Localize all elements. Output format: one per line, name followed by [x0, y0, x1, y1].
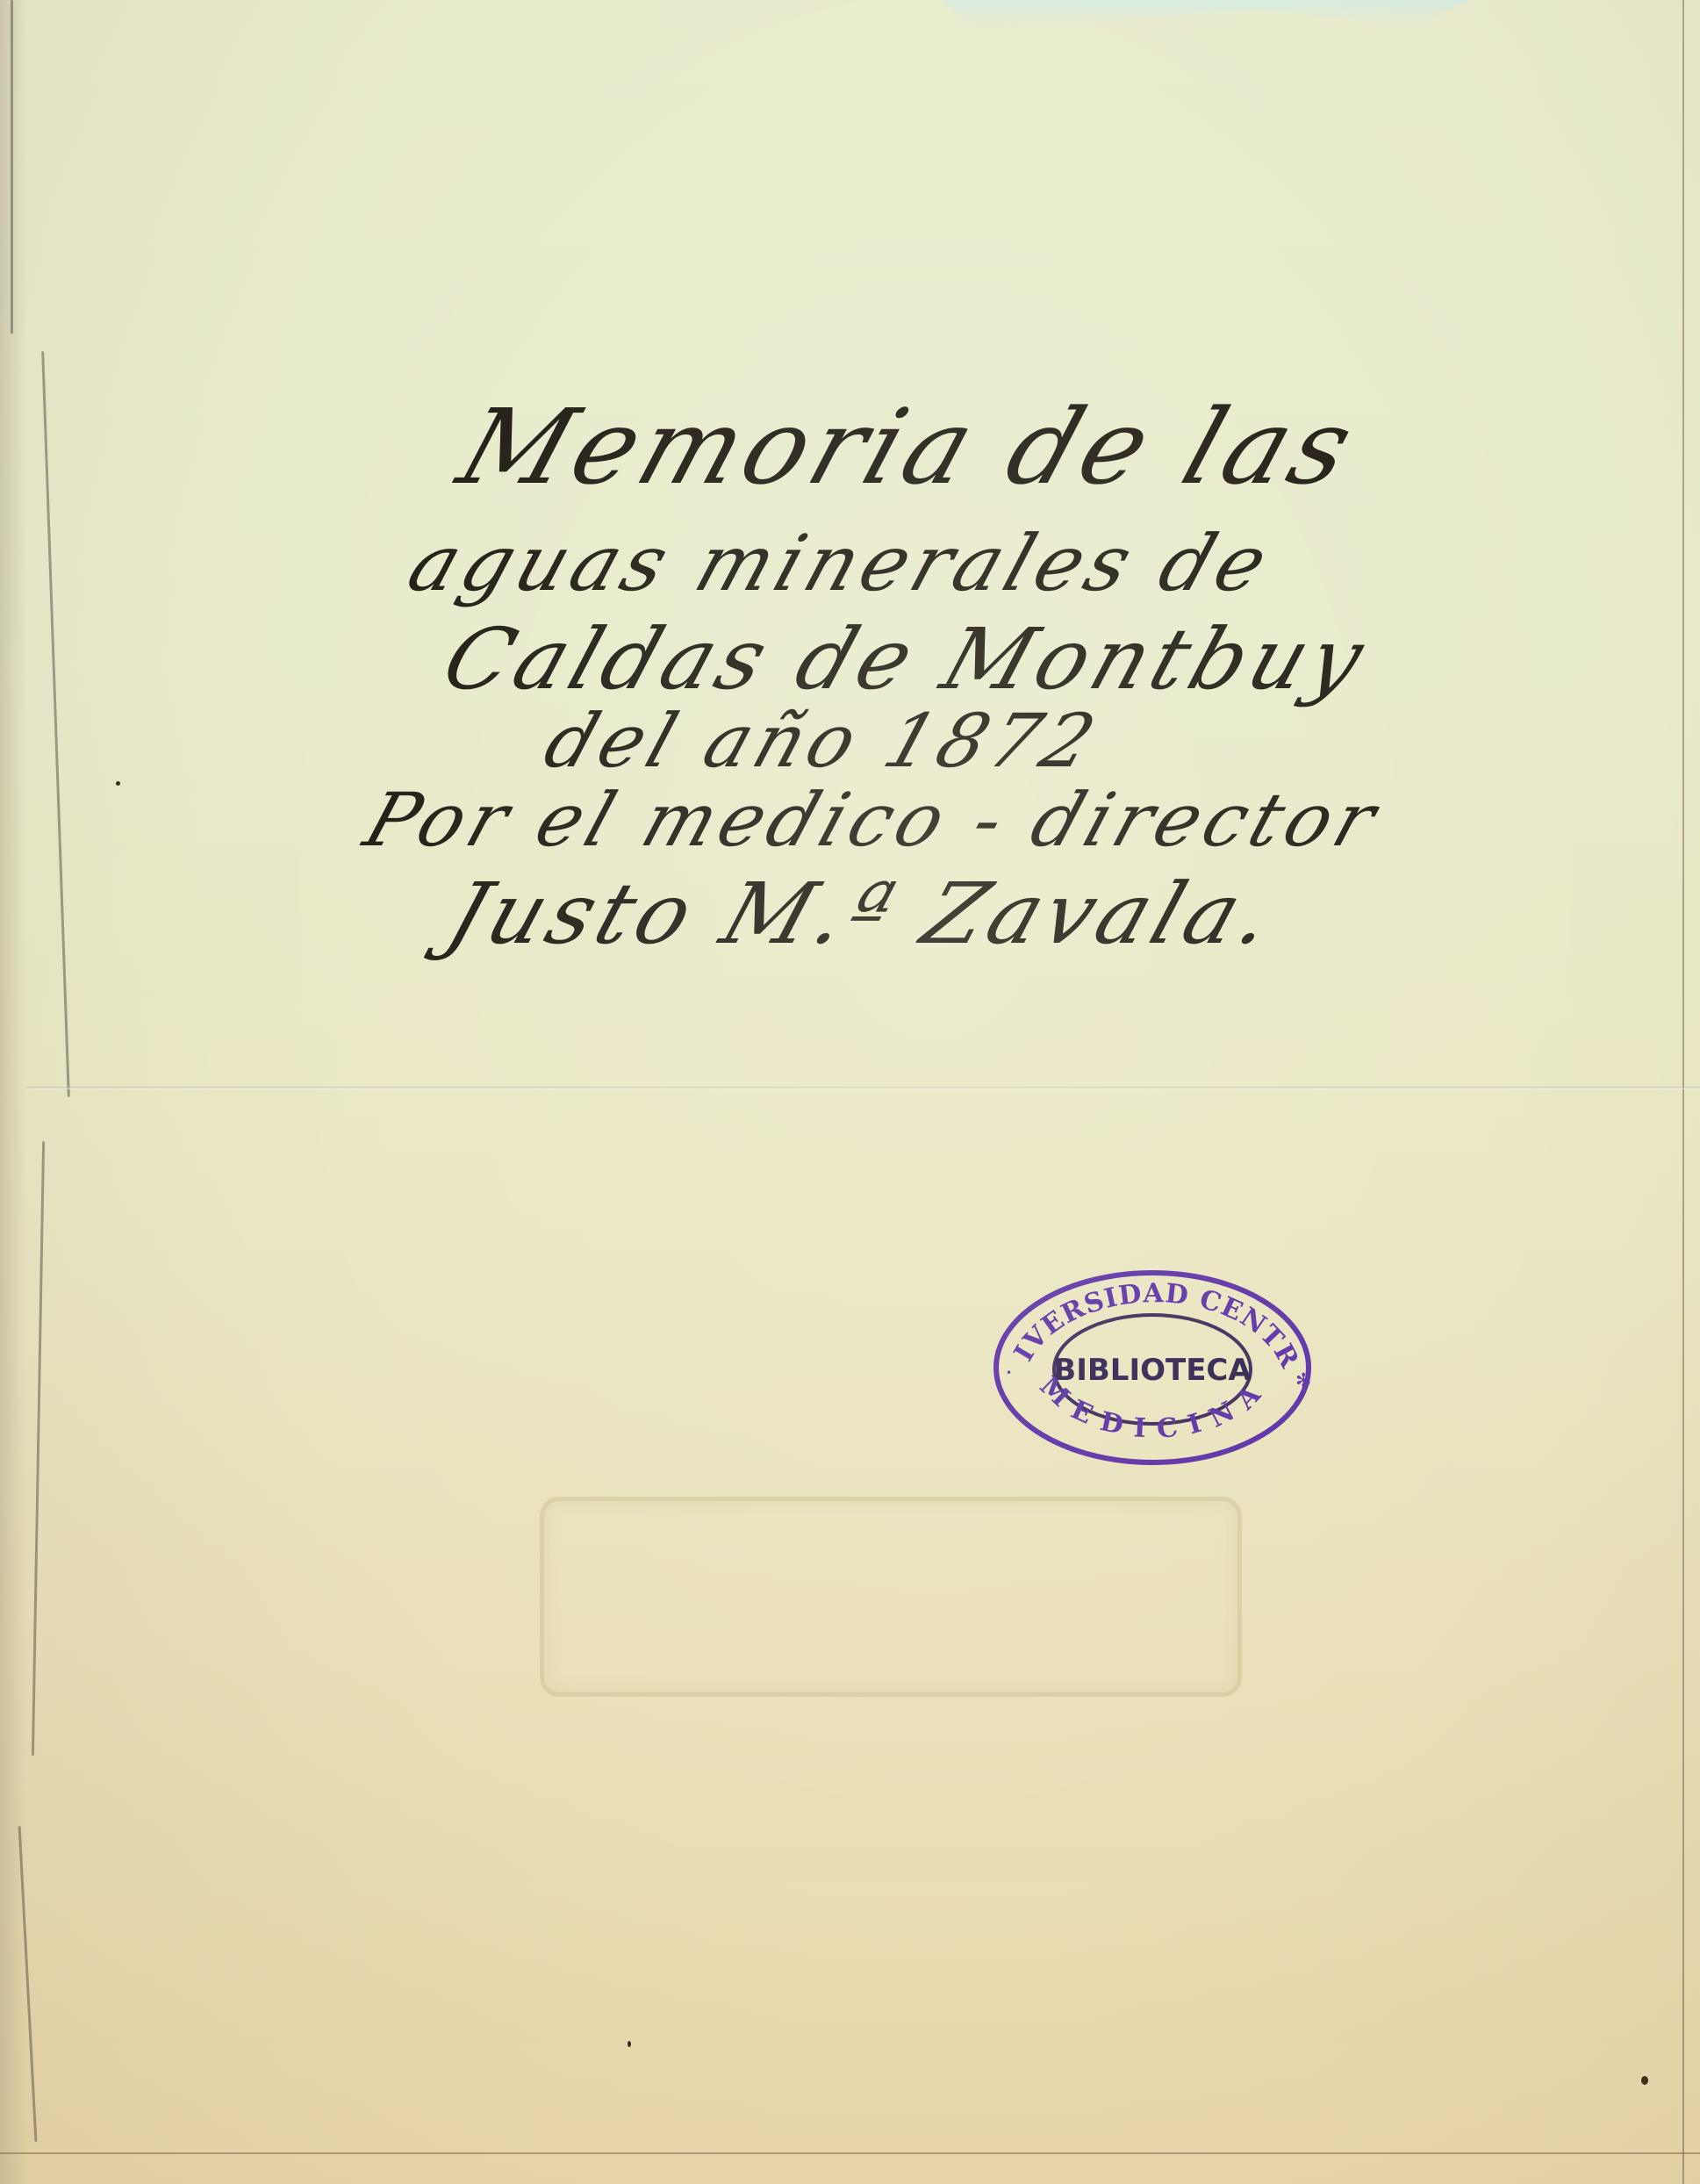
title-line-3: Caldas de Montbuy [432, 610, 1381, 708]
binding-thread [41, 351, 70, 1097]
ink-speck [1641, 2076, 1648, 2085]
torn-top-edge [943, 0, 1470, 26]
ink-speck [628, 2041, 631, 2047]
page-right-edge [1682, 0, 1684, 2184]
stamp-dot-icon: • [1006, 1367, 1012, 1379]
title-line-1: Memoria de las [446, 386, 1373, 507]
title-line-2: aguas minerales de [398, 518, 1283, 608]
library-stamp: UNIVERSIDAD CENTRAL BIBLIOTECA MEDICINA … [990, 1264, 1315, 1466]
binding-thread [32, 1141, 45, 1756]
title-line-4: del año 1872 [534, 698, 1110, 784]
horizontal-fold-crease [26, 1087, 1700, 1089]
stamp-graphic: UNIVERSIDAD CENTRAL BIBLIOTECA MEDICINA … [990, 1264, 1315, 1466]
sewn-binding-edge [0, 0, 70, 2184]
author-signature: Justo M.ª Zavala. [436, 865, 1291, 963]
title-line-5: Por el medico - director [355, 777, 1391, 863]
page-bottom-edge [0, 2152, 1700, 2154]
stamp-center-text: BIBLIOTECA [1053, 1353, 1252, 1388]
document-page: Memoria de las aguas minerales de Caldas… [0, 0, 1700, 2184]
binding-thread [11, 0, 13, 334]
ink-speck [116, 781, 120, 786]
stamp-star-icon: ✻ [1295, 1370, 1311, 1392]
empty-label-outline [540, 1497, 1242, 1697]
